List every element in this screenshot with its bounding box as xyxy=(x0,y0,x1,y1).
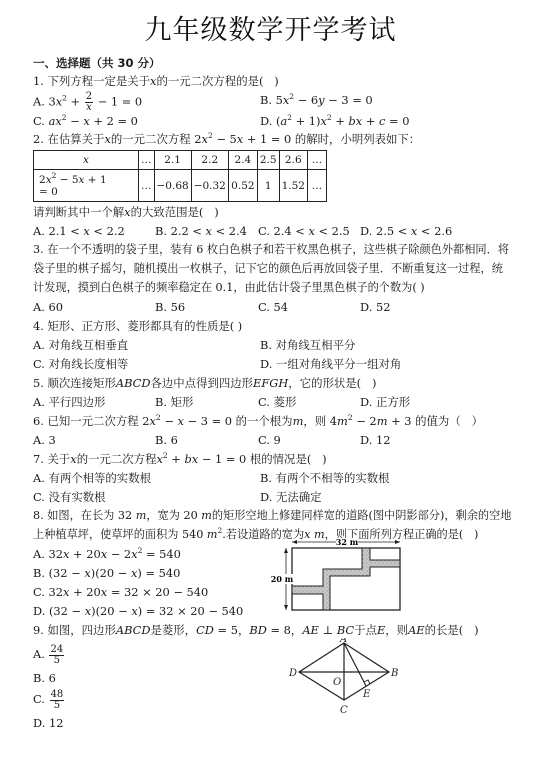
question-7-option-a: A. 有两个相等的实数根 xyxy=(33,470,151,486)
question-4-stem: 4. 矩形、正方形、菱形都具有的性质是( ) xyxy=(33,318,242,334)
foot-e-label: E xyxy=(362,689,371,700)
question-3-option-c: C. 54 xyxy=(258,299,288,315)
question-1-option-d: D. (a2 + 1)x2 + bx + c = 0 xyxy=(260,113,409,129)
table-header-x: x xyxy=(34,151,139,170)
question-9-option-a: A. 245 xyxy=(33,643,65,666)
section-heading: 一、选择题（共 30 分） xyxy=(33,55,161,71)
table-header-expression: 2x2 − 5x + 1= 0 xyxy=(34,170,139,202)
question-6-stem: 6. 已知一元二次方程 2x2 − x − 3 = 0 的一个根为m，则 4m2… xyxy=(33,413,483,429)
rhombus-figure: A B C D O E xyxy=(288,638,418,728)
question-4-option-b: B. 对角线互相平分 xyxy=(260,337,355,353)
question-1-option-a: A. 3x2 + 2x − 1 = 0 xyxy=(33,92,142,113)
question-3-option-d: D. 52 xyxy=(360,299,390,315)
exam-title: 九年级数学开学考试 xyxy=(0,8,541,47)
table-cell: 2.1 xyxy=(154,151,191,170)
question-5-option-b: B. 矩形 xyxy=(155,394,193,410)
question-2-option-a: A. 2.1 < x < 2.2 xyxy=(33,223,125,239)
question-3-option-a: A. 60 xyxy=(33,299,63,315)
question-2-option-d: D. 2.5 < x < 2.6 xyxy=(360,223,452,239)
question-1-stem: 1. 下列方程一定是关于x的一元二次方程的是( ) xyxy=(33,73,279,89)
figure-height-label: 20 m xyxy=(271,574,294,584)
table-cell: 2.2 xyxy=(191,151,228,170)
question-2-follow: 请判断其中一个解x的大致范围是( ) xyxy=(33,204,219,220)
question-5-option-d: D. 正方形 xyxy=(360,394,410,410)
exam-page: 九年级数学开学考试 一、选择题（共 30 分） 1. 下列方程一定是关于x的一元… xyxy=(0,0,541,770)
question-5-option-c: C. 菱形 xyxy=(258,394,296,410)
question-2-stem: 2. 在估算关于x的一元二次方程 2x2 − 5x + 1 = 0 的解时，小明… xyxy=(33,131,420,147)
question-1-option-b: B. 5x2 − 6y − 3 = 0 xyxy=(260,92,373,108)
table-cell: 0.52 xyxy=(228,170,257,202)
question-3-line-3: 计发现，摸到白色棋子的频率稳定在 0.1，由此估计袋子里黑色棋子的个数为( ) xyxy=(33,280,425,296)
question-7-option-c: C. 没有实数根 xyxy=(33,489,106,505)
question-5-stem: 5. 顺次连接矩形ABCD各边中点得到四边形EFGH，它的形状是( ) xyxy=(33,375,376,391)
table-cell: … xyxy=(307,170,326,202)
table-cell: −0.32 xyxy=(191,170,228,202)
question-9-option-c: C. 485 xyxy=(33,688,65,711)
center-o-label: O xyxy=(333,677,341,688)
question-8-option-b: B. (32 − x)(20 − x) = 540 xyxy=(33,565,180,581)
question-9-option-d: D. 12 xyxy=(33,715,63,731)
table-cell: … xyxy=(139,170,155,202)
table-cell: 2.6 xyxy=(279,151,307,170)
question-3-line-1: 3. 在一个不透明的袋子里，装有 6 枚白色棋子和若干枚黑色棋子，这些棋子除颜色… xyxy=(33,242,509,258)
table-cell: 1 xyxy=(257,170,279,202)
question-6-option-c: C. 9 xyxy=(258,432,281,448)
question-3-line-2: 袋子里的棋子摇匀，随机摸出一枚棋子，记下它的颜色后再放回袋子里．不断重复这一过程… xyxy=(33,261,503,277)
vertex-c-label: C xyxy=(340,705,348,716)
table-cell: −0.68 xyxy=(154,170,191,202)
table-cell: … xyxy=(307,151,326,170)
question-7-stem: 7. 关于x的一元二次方程x2 + bx − 1 = 0 根的情况是( ) xyxy=(33,451,327,467)
question-9-stem: 9. 如图，四边形ABCD是菱形，CD = 5，BD = 8，AE ⊥ BC于点… xyxy=(33,622,479,638)
question-8-option-d: D. (32 − x)(20 − x) = 32 × 20 − 540 xyxy=(33,603,243,619)
table-cell: 2.4 xyxy=(228,151,257,170)
question-5-option-a: A. 平行四边形 xyxy=(33,394,105,410)
table-cell: 2.5 xyxy=(257,151,279,170)
question-2-option-b: B. 2.2 < x < 2.4 xyxy=(155,223,247,239)
question-6-option-a: A. 3 xyxy=(33,432,56,448)
table-cell: … xyxy=(139,151,155,170)
road-figure: 32 m 20 m xyxy=(270,538,415,613)
question-4-option-c: C. 对角线长度相等 xyxy=(33,356,128,372)
figure-width-label: 32 m xyxy=(336,538,359,547)
question-9-option-b: B. 6 xyxy=(33,670,56,686)
vertex-b-label: B xyxy=(390,668,398,679)
question-4-option-a: A. 对角线互相垂直 xyxy=(33,337,128,353)
question-1-option-c: C. ax2 − x + 2 = 0 xyxy=(33,113,138,129)
value-table: x … 2.1 2.2 2.4 2.5 2.6 … 2x2 − 5x + 1= … xyxy=(33,150,327,202)
question-7-option-b: B. 有两个不相等的实数根 xyxy=(260,470,390,486)
table-cell: 1.52 xyxy=(279,170,307,202)
question-4-option-d: D. 一组对角线平分一组对角 xyxy=(260,356,401,372)
question-3-option-b: B. 56 xyxy=(155,299,185,315)
question-8-option-a: A. 32x + 20x − 2x2 = 540 xyxy=(33,546,181,562)
question-8-line-1: 8. 如图，在长为 32 m，宽为 20 m的矩形空地上修建同样宽的道路(图中阴… xyxy=(33,508,511,524)
question-6-option-b: B. 6 xyxy=(155,432,178,448)
vertex-d-label: D xyxy=(288,668,297,679)
question-6-option-d: D. 12 xyxy=(360,432,390,448)
question-2-option-c: C. 2.4 < x < 2.5 xyxy=(258,223,350,239)
question-7-option-d: D. 无法确定 xyxy=(260,489,322,505)
question-8-option-c: C. 32x + 20x = 32 × 20 − 540 xyxy=(33,584,208,600)
vertex-a-label: A xyxy=(339,638,347,645)
